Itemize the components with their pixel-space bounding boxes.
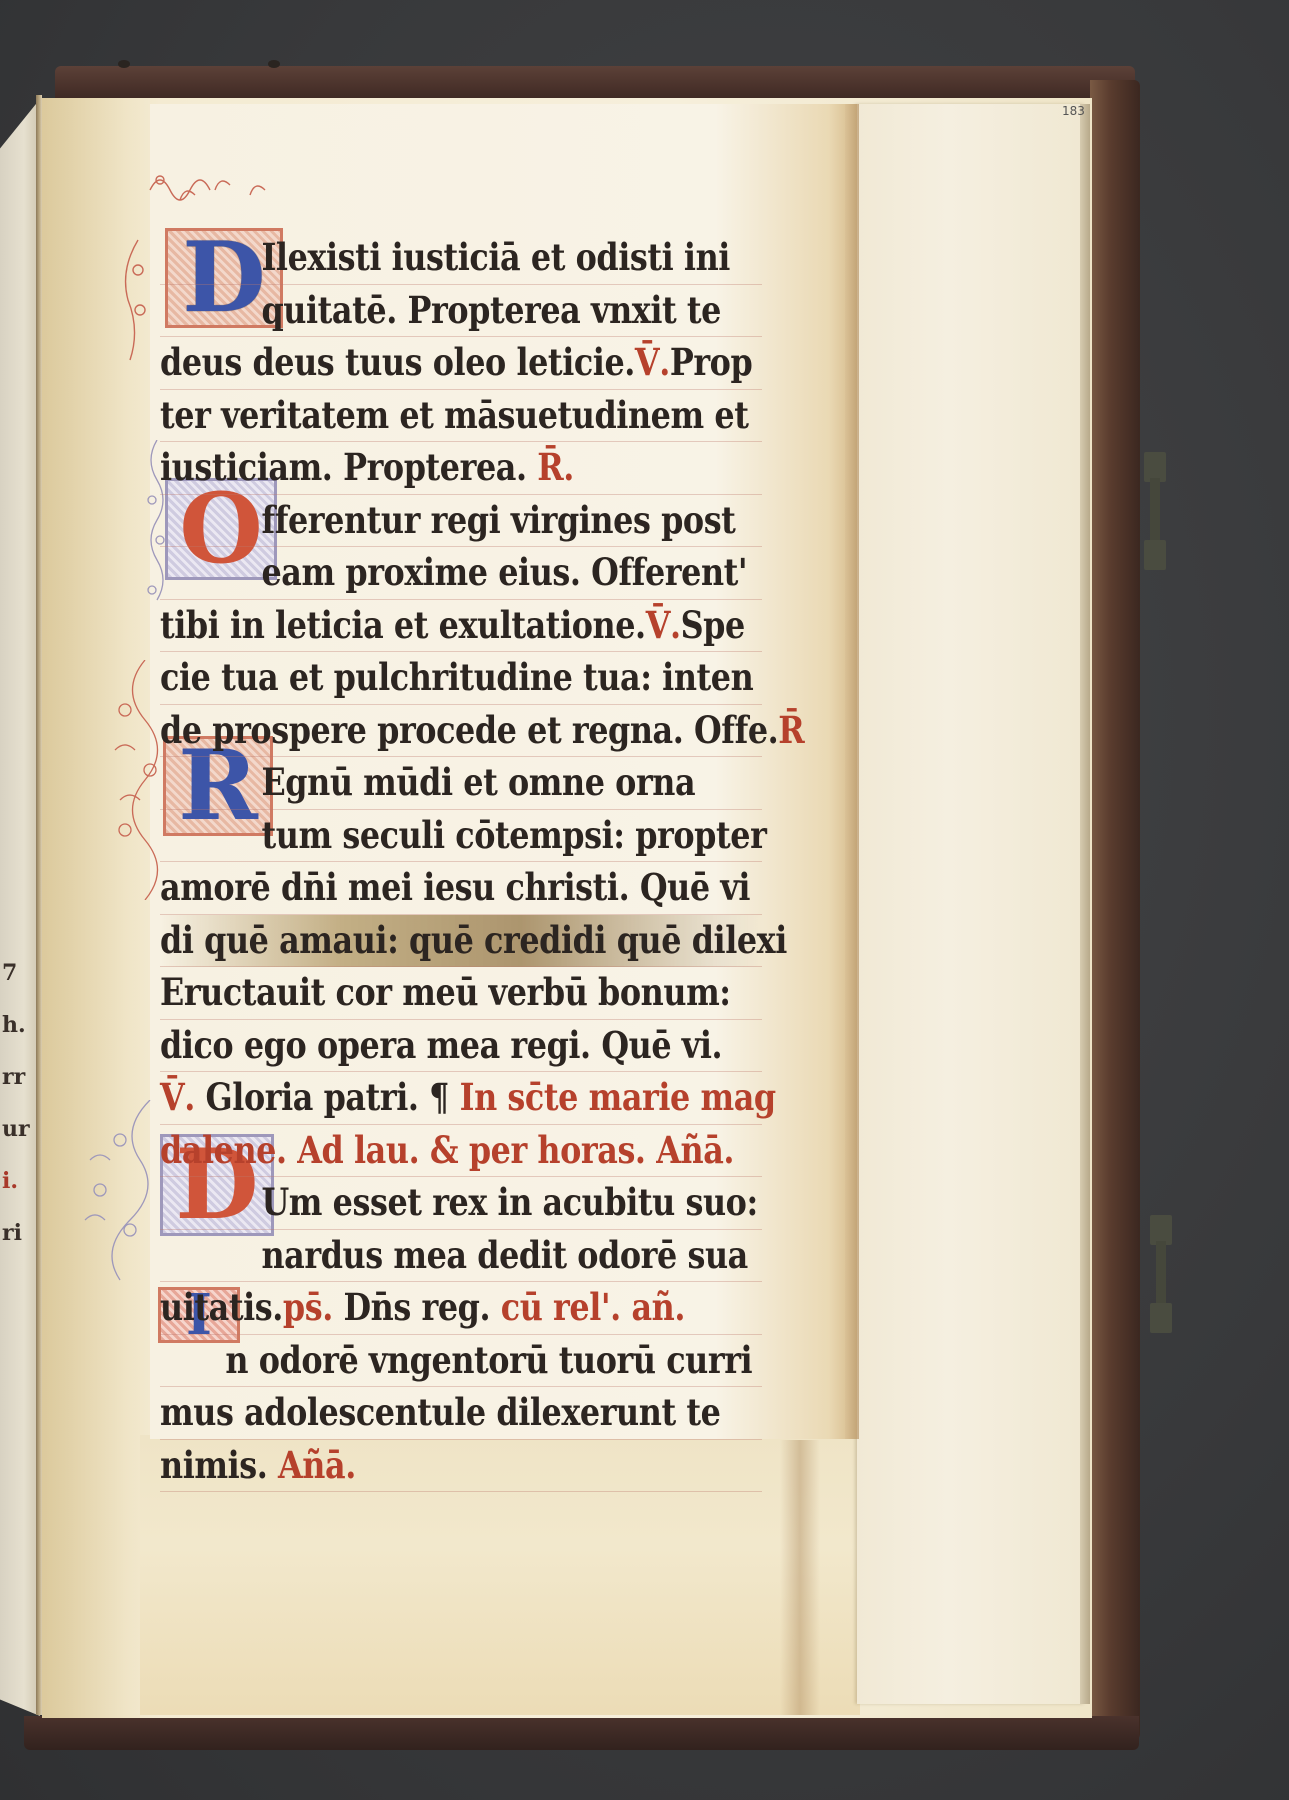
text-segment: Egnū mūdi et omne orna: [261, 760, 695, 804]
clasp-upper: [1144, 452, 1166, 570]
text-line: Um esset rex in acubitu suo:: [160, 1177, 762, 1230]
text-segment: de prospere procede et regna. Offe.: [160, 708, 778, 752]
text-segment: tibi in leticia et exultatione.: [160, 603, 646, 647]
text-line: V̄. Gloria patri. ¶ In sc̄te marie mag: [160, 1072, 762, 1125]
text-segment: uitatis.: [160, 1285, 283, 1329]
verso-page-edge: [0, 66, 40, 1716]
text-line: Eructauit cor meū verbū bonum:: [160, 967, 762, 1020]
binding-nail: [268, 60, 280, 68]
text-segment: eam proxime eius. Offerent': [261, 550, 747, 594]
text-line: mus adolescentule dilexerunt te: [160, 1387, 762, 1440]
text-line: dico ego opera mea regi. Quē vi.: [160, 1020, 762, 1073]
rubric-text: V̄.: [160, 1075, 195, 1119]
rubric-text: cū rel'. añ.: [501, 1285, 685, 1329]
text-line: iusticiam. Propterea. R̄.: [160, 442, 762, 495]
text-line: nimis. Añā.: [160, 1440, 762, 1493]
verso-fragment: h.: [2, 1012, 36, 1038]
rubric-text: R̄.: [537, 445, 574, 489]
text-segment: dico ego opera mea regi. Quē vi.: [160, 1023, 722, 1067]
text-line: quitatē. Propterea vnxit te: [160, 285, 762, 338]
text-line: di quē amaui: quē credidi quē dilexi: [160, 915, 762, 968]
text-segment: amorē dn̄i mei iesu christi. Quē vi: [160, 865, 750, 909]
rubric-text: V̄.: [635, 340, 670, 384]
verso-fragment: 7: [2, 960, 36, 986]
verso-text-fragments: 7 h. rr ur i. ri: [2, 960, 36, 1272]
text-line: eam proxime eius. Offerent': [160, 547, 762, 600]
text-line: n odorē vngentorū tuorū curri: [160, 1335, 762, 1388]
text-line: tibi in leticia et exultatione.V̄.Spe: [160, 600, 762, 653]
text-line: nardus mea dedit odorē sua: [160, 1230, 762, 1283]
binding-top-board: [55, 66, 1135, 100]
text-line: dalene. Ad lau. & per horas. Añā.: [160, 1125, 762, 1178]
text-segment: cie tua et pulchritudine tua: inten: [160, 655, 753, 699]
manuscript-text-block: Ilexisti iusticiā et odisti ini quitatē.…: [160, 232, 860, 1492]
penwork-flourish-icon: [105, 660, 165, 900]
text-segment: n odorē vngentorū tuorū curri: [225, 1338, 752, 1382]
text-segment: Eructauit cor meū verbū bonum:: [160, 970, 731, 1014]
rubric-text: In sc̄te marie mag: [460, 1075, 776, 1119]
rubric-text: Añā.: [278, 1443, 356, 1487]
text-segment: ter veritatem et māsuetudinem et: [160, 393, 748, 437]
text-segment: Dn̄s reg.: [333, 1285, 501, 1329]
text-segment: Prop: [670, 340, 752, 384]
text-segment: di quē amaui: quē credidi quē dilexi: [160, 918, 787, 962]
text-segment: nimis.: [160, 1443, 278, 1487]
text-segment: fferentur regi virgines post: [261, 498, 735, 542]
folio-number: 183: [1062, 104, 1085, 118]
text-segment: iusticiam. Propterea.: [160, 445, 537, 489]
text-segment: Spe: [681, 603, 745, 647]
text-line: ter veritatem et māsuetudinem et: [160, 390, 762, 443]
binding-fore-edge-board: [1090, 80, 1140, 1740]
text-line: de prospere procede et regna. Offe.R̄: [160, 705, 762, 758]
text-line: fferentur regi virgines post: [160, 495, 762, 548]
text-segment: Gloria patri. ¶: [195, 1075, 460, 1119]
text-line: uitatis.ps̄. Dn̄s reg. cū rel'. añ.: [160, 1282, 762, 1335]
verso-fragment: rr: [2, 1064, 36, 1090]
verso-fragment: i.: [2, 1168, 36, 1194]
rubric-text: V̄.: [646, 603, 681, 647]
verso-fragment: ri: [2, 1220, 36, 1246]
guard-sheet: [857, 104, 1085, 1704]
text-line: deus deus tuus oleo leticie.V̄.Prop: [160, 337, 762, 390]
text-segment: quitatē. Propterea vnxit te: [261, 288, 720, 332]
rubric-text: R̄: [778, 708, 804, 752]
clasp-lower: [1150, 1215, 1172, 1333]
text-segment: Um esset rex in acubitu suo:: [261, 1180, 757, 1224]
text-line: Egnū mūdi et omne orna: [160, 757, 762, 810]
text-segment: nardus mea dedit odorē sua: [261, 1233, 747, 1277]
text-segment: deus deus tuus oleo leticie.: [160, 340, 635, 384]
text-segment: Ilexisti iusticiā et odisti ini: [261, 235, 729, 279]
text-line: Ilexisti iusticiā et odisti ini: [160, 232, 762, 285]
text-segment: tum seculi cōtempsi: propter: [261, 813, 766, 857]
text-line: cie tua et pulchritudine tua: inten: [160, 652, 762, 705]
text-line: amorē dn̄i mei iesu christi. Quē vi: [160, 862, 762, 915]
binding-nail: [118, 60, 130, 68]
rubric-text: ps̄.: [283, 1285, 333, 1329]
rubric-text: dalene. Ad lau. & per horas. Añā.: [160, 1128, 734, 1172]
guard-sheet-edge: [1080, 104, 1090, 1704]
penwork-flourish-icon: [80, 1100, 170, 1300]
text-segment: mus adolescentule dilexerunt te: [160, 1390, 720, 1434]
binding-bottom-board: [24, 1716, 1139, 1750]
verso-fragment: ur: [2, 1116, 36, 1142]
text-line: tum seculi cōtempsi: propter: [160, 810, 762, 863]
